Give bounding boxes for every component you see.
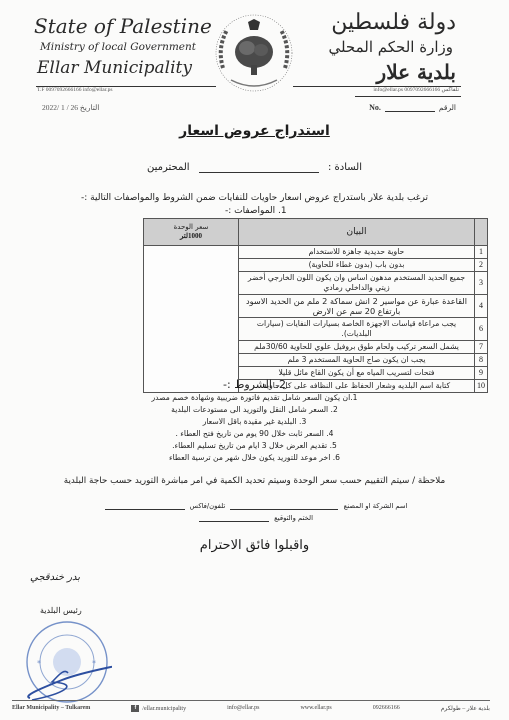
salutation: السادة : المحترمين [0,162,509,173]
company-info-line: اسم الشركة او المصنع تلفون/فاكس [0,502,509,510]
company-label: اسم الشركة او المصنع [344,502,408,510]
row-number: 3 [475,272,488,295]
reference-number: No. الرقم [369,103,456,112]
condition-item: 2. السعر شامل النقل والتوريد الى مستودعا… [0,404,509,416]
footer-rule [12,700,490,701]
row-description: يجب ان يكون صاج الحاوية المستخدم 3 ملم [239,354,475,367]
row-description: جميع الحديد المستخدم مدهون اساس وان يكون… [239,272,475,295]
conditions-list: 1.ان يكون السعر شامل تقديم فاتورة ضريبية… [0,392,509,464]
ar-ministry: وزارة الحكم المحلي [328,38,453,56]
row-description: يشمل السعر تركيب ولحام طوق بروفيل علوي ل… [239,341,475,354]
condition-item: 6. اخر موعد للتوريد يكون خلال شهر من ترس… [0,452,509,464]
table-header-row: البيان سعر الوحدة 1000لتر [144,219,488,246]
ref-label-en: No. [369,103,381,112]
company-name-blank[interactable] [230,503,338,510]
condition-item: 1.ان يكون السعر شامل تقديم فاتورة ضريبية… [0,392,509,404]
specifications-table: البيان سعر الوحدة 1000لتر 1 حاوية حديدية… [143,218,488,393]
header-unit-price-line1: سعر الوحدة [147,223,235,232]
footer: Ellar Municipality – Tulkarem f /ellar.m… [12,705,490,712]
row-description: يجب مراعاة قياسات الاجهزة الخاصة بسيارات… [239,318,475,341]
phone-blank[interactable] [105,503,185,510]
en-ministry: Ministry of local Government [40,41,196,53]
footer-phone: 092666166 [373,705,400,712]
condition-item: 5. تقديم العرض خلال 3 ايام من تاريخ تسلي… [0,440,509,452]
header-description: البيان [239,219,475,246]
salutation-prefix: السادة : [328,162,362,173]
document-title: استدراج عروض اسعار [0,123,509,139]
intro-paragraph: ترغب بلدية علار باستدراج عروض اسعار حاوي… [0,193,509,203]
facebook-icon: f [131,705,139,712]
document-title-text: استدراج عروض اسعار [179,123,330,139]
condition-item: 4. السعر ثابت خلال 90 يوم من تاريخ فتح ا… [0,428,509,440]
row-description: القاعدة عبارة عن مواسير 2 انش سماكة 2 مل… [239,295,475,318]
ar-municipality: بلدية علار [377,60,456,84]
footer-arabic: بلدية علار – طولكرم [441,705,490,712]
signer-title: رئيس البلدية [40,606,82,615]
footer-facebook: f /ellar.municipality [131,705,186,712]
section-conditions-title: 2. الشروط :- [0,378,509,391]
header-unit-price: سعر الوحدة 1000لتر [144,219,239,246]
footer-facebook-handle: /ellar.municipality [142,706,186,712]
official-stamp-icon: * * [22,618,112,708]
footer-location: Ellar Municipality – Tulkarem [12,705,90,712]
seal-signature-line: الختم والتوقيع [0,514,509,522]
row-number: 6 [475,318,488,341]
header-unit-price-line2: 1000لتر [147,232,235,241]
document-date: 2022/ 1 / 26 التاريخ [42,103,99,112]
header-rule-right-lower [355,96,461,97]
unit-price-cell[interactable] [144,246,239,393]
salutation-suffix: المحترمين [147,162,190,173]
ref-label-ar: الرقم [439,103,456,112]
closing-regards: واقبلوا فائق الاحترام [0,538,509,553]
en-municipality: Ellar Municipality [37,58,192,78]
header-number [475,219,488,246]
row-number: 8 [475,354,488,367]
recipient-blank [199,163,319,173]
ref-number-blank [385,104,435,112]
evaluation-note: ملاحظة / سيتم التقييم حسب سعر الوحدة وسي… [0,476,509,486]
seal-blank[interactable] [199,515,269,522]
footer-website: www.ellar.ps [300,705,331,712]
header-contact-right: info@ellar.ps 0097092666166 تلفاكس [373,87,459,93]
section-specs-title: 1. المواصفات :- [225,206,287,216]
footer-email: info@ellar.ps [227,705,259,712]
row-number: 4 [475,295,488,318]
ar-state-title: دولة فلسطين [331,10,456,35]
signer-name: بدر خندقجي [30,572,80,583]
seal-label: الختم والتوقيع [274,514,313,522]
phone-label: تلفون/فاكس [190,502,226,510]
en-state-title: State of Palestine [34,14,212,38]
svg-text:*: * [37,659,41,668]
row-number: 1 [475,246,488,259]
row-description: بدون باب (بدون غطاء للحاوية) [239,259,475,272]
row-number: 2 [475,259,488,272]
row-number: 7 [475,341,488,354]
header-contact-left: T.F 0097092666166 info@ellar.ps [37,87,113,93]
municipality-emblem-icon [211,10,297,96]
condition-item: 3. البلدية غير مقيدة باقل الاسعار [0,416,509,428]
row-description: حاوية حديدية جاهزة للاستخدام [239,246,475,259]
table-row: 1 حاوية حديدية جاهزة للاستخدام [144,246,488,259]
svg-text:*: * [92,659,96,668]
